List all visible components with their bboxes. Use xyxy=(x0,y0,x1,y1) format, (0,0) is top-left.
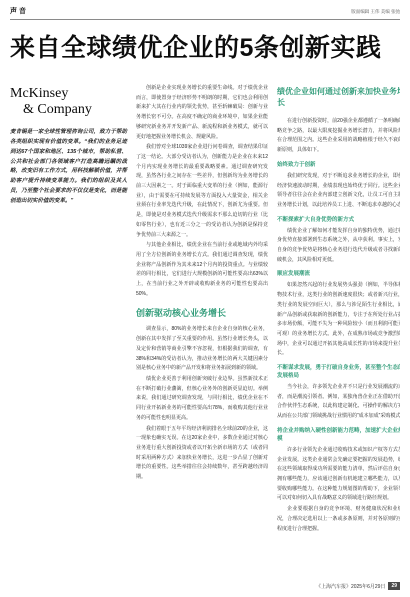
body-paragraph: 我们曾对全球1039家企业进行问卷调查，调查结果印证了这一结论。大部分受访者认为… xyxy=(136,143,268,240)
body-paragraph: 与其他企业相比，绩优企业在当前行业或地域内外均采用了全方位创新的业务增长方式。我… xyxy=(136,241,268,299)
sub-heading-2: 不断探索扩大自身优势的新方式 xyxy=(277,216,400,224)
masthead: 声音 版面编辑 王伟 美编 张弛 xyxy=(10,6,400,18)
newspaper-page: 声音 版面编辑 王伟 美编 张弛 来自全球绩优企业的5条创新实践 McKinse… xyxy=(0,0,410,597)
body-paragraph: 当今社会，许多领先企业并不只是行业发展潮流的追随者，而是潮流引领者。例如，某独角… xyxy=(277,383,400,422)
masthead-rule xyxy=(10,19,400,20)
section-heading-core-growth: 创新驱动核心业务增长 xyxy=(136,308,268,319)
body-paragraph: 我们研究发现，对于不断追求业务增长的企业，即使是经济快速波动时期，业绩表现也始终… xyxy=(277,172,400,211)
section-heading-how-outperformers: 绩优企业如何通过创新来加快业务增长 xyxy=(277,86,400,108)
sub-heading-3: 顺应发展潮流 xyxy=(277,270,400,278)
body-paragraph: 企业要根据自身的竞争环境、财务健康状况和业绩情况，合理决定选用以上一条或多条原则… xyxy=(277,505,400,534)
column-middle: 创新是企业实现业务增长的重要生命线。对于绩优企业而言，即使置身于经济形势不明朗的… xyxy=(136,84,268,575)
body-paragraph: 调查显示，80%的业务增长来自企业自身的核心业务，创新在其中发挥了至关重要的作用… xyxy=(136,325,268,374)
page-number-badge: 29 xyxy=(388,582,400,590)
mckinsey-logo-line1: McKinsey xyxy=(10,86,127,102)
article-columns: McKinsey & Company 麦肯锡是一家全球性管理咨询公司，致力于帮助… xyxy=(10,84,400,575)
body-paragraph: 绩优企业了解如何才能发挥自身的独特优势，通过将自身优势直接部署到生态系统之外，从… xyxy=(277,227,400,266)
sub-heading-5: 将企业并购纳入硬性创新能力范畴，加速扩大企业规模 xyxy=(277,427,400,443)
body-paragraph: 如果忽然兴起的行业发展势头强劲（例如，半导体和生物技术行业，这类行业的创新速度很… xyxy=(277,281,400,359)
section-label: 声音 xyxy=(10,6,28,16)
sub-heading-1: 始终致力于创新 xyxy=(277,161,400,169)
column-right: 绩优企业如何通过创新来加快业务增长 在进行创新投资时，前20强企业都遵循了一条明… xyxy=(277,84,400,575)
editor-credits: 版面编辑 王伟 美编 张弛 xyxy=(351,6,400,15)
mckinsey-logo: McKinsey & Company xyxy=(10,86,127,118)
column-sidebar: McKinsey & Company 麦肯锡是一家全球性管理咨询公司，致力于帮助… xyxy=(10,84,127,575)
mckinsey-logo-line2: & Company xyxy=(10,102,127,118)
company-intro-text: 麦肯锡是一家全球性管理咨询公司，致力于帮助各类组织实现有价值的变革。“我们的业务… xyxy=(10,128,127,206)
sub-heading-4: 不断谋求发展，勇于打破自身业务，甚至整个生态的发展格局 xyxy=(277,364,400,380)
page-footer: 《上海汽车报》2025年6月29日 29 xyxy=(316,582,400,590)
article-headline: 来自全球绩优企业的5条创新实践 xyxy=(10,28,400,64)
body-paragraph: 绩优企业更善于利用创新突破行业边界。虽然新技术正在不断打破行业藩篱，但核心业务外… xyxy=(136,375,268,424)
footer-source: 《上海汽车报》2025年6月29日 xyxy=(316,583,385,590)
body-paragraph: 在进行创新投资时，前20强企业都遵循了一条明确的战略竞争之路，以最大限度挖掘业务… xyxy=(277,117,400,156)
body-paragraph: 创新是企业实现业务增长的重要生命线。对于绩优企业而言，即使置身于经济形势不明朗的… xyxy=(136,84,268,142)
body-paragraph: 我们着眼于五年平均经济利润排名全球前20的企业，这一现象也确实无误。在这20家企… xyxy=(136,425,268,483)
body-paragraph: 许多行业领先企业通过收购技术或知识产权等方式加速企业发展。这类企业通常会先确定要… xyxy=(277,446,400,504)
